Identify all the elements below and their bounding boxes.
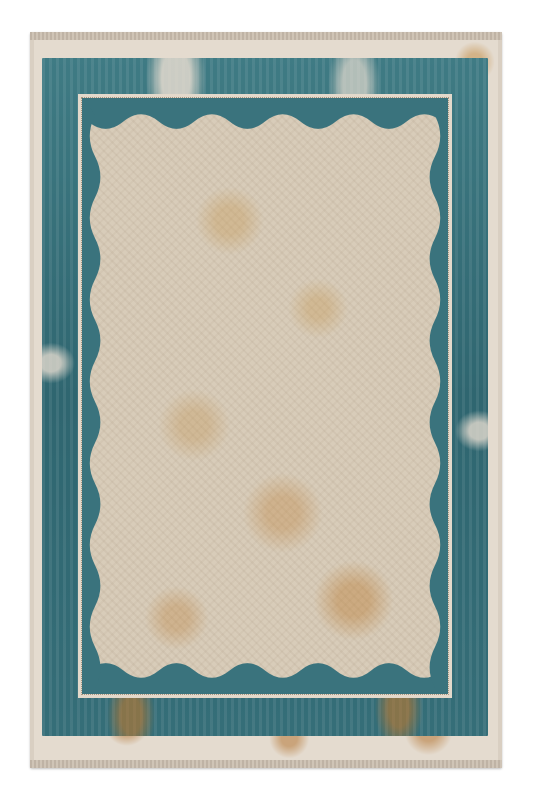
central-field <box>88 104 442 688</box>
rug-outer-field <box>34 40 498 760</box>
rug <box>30 32 502 768</box>
scalloped-border <box>88 104 442 688</box>
rug-top-edge <box>30 32 502 40</box>
inner-guard-border <box>78 94 452 698</box>
rug-bottom-edge <box>30 760 502 768</box>
